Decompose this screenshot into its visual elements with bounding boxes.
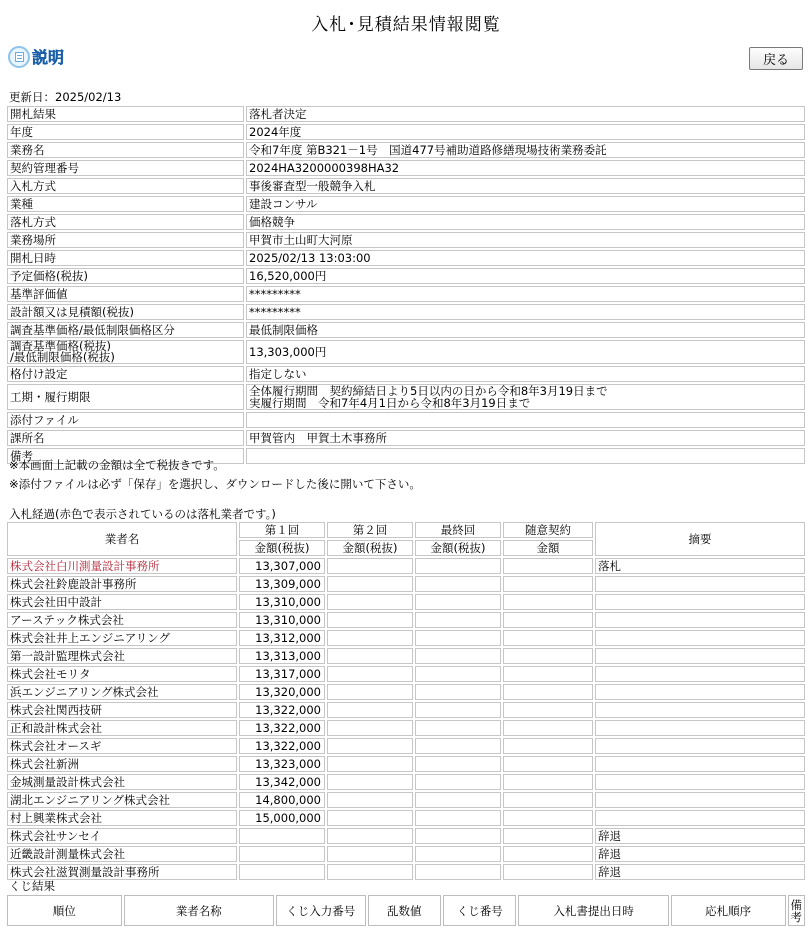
final-amount (415, 720, 501, 736)
info-value: 価格競争 (246, 214, 805, 230)
remarks-cell (595, 576, 805, 592)
company-name: 近畿設計測量株式会社 (7, 846, 237, 862)
info-label-text: 業務場所 (10, 233, 241, 247)
company-name: 株式会社新洲 (7, 756, 237, 772)
negotiated-amount (503, 702, 593, 718)
negotiated-amount (503, 756, 593, 772)
round2-amount (327, 792, 413, 808)
final-amount (415, 684, 501, 700)
info-row: 基準評価値********* (7, 286, 805, 302)
remarks-cell (595, 738, 805, 754)
header-bid-order: 応札順序 (671, 895, 786, 926)
header-company: 業者名 (7, 522, 237, 556)
table-row: 株式会社新洲13,323,000 (7, 756, 805, 772)
round1-amount: 13,313,000 (239, 648, 325, 664)
info-label-text: 添付ファイル (10, 413, 241, 427)
info-label-text: 業種 (10, 197, 241, 211)
negotiated-amount (503, 738, 593, 754)
final-amount (415, 828, 501, 844)
header-final: 最終回 (415, 522, 501, 538)
info-value-text: 価格競争 (249, 215, 802, 229)
company-name: 株式会社井上エンジニアリング (7, 630, 237, 646)
final-amount (415, 594, 501, 610)
final-amount (415, 576, 501, 592)
info-value-text: 2025/02/13 13:03:00 (249, 251, 802, 265)
info-value-text: ********* (249, 305, 802, 319)
company-name: 株式会社鈴鹿設計事務所 (7, 576, 237, 592)
info-value: 2024年度 (246, 124, 805, 140)
round2-amount (327, 846, 413, 862)
info-row: 年度2024年度 (7, 124, 805, 140)
round2-amount (327, 738, 413, 754)
info-label: 開札結果 (7, 106, 244, 122)
info-label: 業務名 (7, 142, 244, 158)
info-label: 開札日時 (7, 250, 244, 266)
info-label-text: 予定価格(税抜) (10, 269, 241, 283)
negotiated-amount (503, 792, 593, 808)
info-value: 甲賀管内 甲賀土木事務所 (246, 430, 805, 446)
header-final-amount: 金額(税抜) (415, 540, 501, 556)
company-name: アーステック株式会社 (7, 612, 237, 628)
info-row: 契約管理番号2024HA3200000398HA32 (7, 160, 805, 176)
round2-amount (327, 648, 413, 664)
header-lottery-number: くじ番号 (443, 895, 516, 926)
info-value: 甲賀市土山町大河原 (246, 232, 805, 248)
remarks-cell (595, 666, 805, 682)
round2-amount (327, 774, 413, 790)
info-label-text: 工期・履行期限 (10, 390, 241, 404)
header-remarks: 摘要 (595, 522, 805, 556)
round1-amount: 13,307,000 (239, 558, 325, 574)
updated-date: 更新日：2025/02/13 (9, 89, 121, 105)
remarks-cell (595, 630, 805, 646)
info-label: 調査基準価格/最低制限価格区分 (7, 322, 244, 338)
final-amount (415, 846, 501, 862)
info-row: 業務場所甲賀市土山町大河原 (7, 232, 805, 248)
info-label: 添付ファイル (7, 412, 244, 428)
info-label: 設計額又は見積額(税抜) (7, 304, 244, 320)
info-value: ********* (246, 304, 805, 320)
info-label-text: 入札方式 (10, 179, 241, 193)
info-value-text: 令和7年度 第B321－1号 国道477号補助道路修繕現場技術業務委託 (249, 143, 802, 157)
info-row: 工期・履行期限全体履行期間 契約締結日より5日以内の日から令和8年3月19日まで… (7, 384, 805, 410)
page-title: 入札･見積結果情報閲覧 (0, 10, 812, 35)
document-icon (8, 46, 30, 68)
final-amount (415, 612, 501, 628)
info-label-text: 契約管理番号 (10, 161, 241, 175)
round1-amount: 15,000,000 (239, 810, 325, 826)
remarks-cell (595, 792, 805, 808)
info-value: 全体履行期間 契約締結日より5日以内の日から令和8年3月19日まで実履行期間 令… (246, 384, 805, 410)
info-value-text-2: 実履行期間 令和7年4月1日から令和8年3月19日まで (249, 397, 802, 409)
info-value-text: 建設コンサル (249, 197, 802, 211)
table-row: 株式会社モリタ13,317,000 (7, 666, 805, 682)
company-name: 金城測量設計株式会社 (7, 774, 237, 790)
info-value: 13,303,000円 (246, 340, 805, 364)
help-label: 説明 (32, 45, 64, 68)
header-rank: 順位 (7, 895, 122, 926)
header-round1-amount: 金額(税抜) (239, 540, 325, 556)
round2-amount (327, 720, 413, 736)
remarks-cell (595, 720, 805, 736)
company-name: 湖北エンジニアリング株式会社 (7, 792, 237, 808)
negotiated-amount (503, 612, 593, 628)
header-random-value: 乱数値 (368, 895, 441, 926)
table-row: 株式会社井上エンジニアリング13,312,000 (7, 630, 805, 646)
info-label: 格付け設定 (7, 366, 244, 382)
table-row: 第一設計監理株式会社13,313,000 (7, 648, 805, 664)
remarks-cell (595, 594, 805, 610)
info-value: 16,520,000円 (246, 268, 805, 284)
info-label-text: 格付け設定 (10, 367, 241, 381)
info-row: 課所名甲賀管内 甲賀土木事務所 (7, 430, 805, 446)
remarks-cell (595, 774, 805, 790)
info-table: 開札結果落札者決定年度2024年度業務名令和7年度 第B321－1号 国道477… (5, 104, 807, 466)
company-name: 村上興業株式会社 (7, 810, 237, 826)
round1-amount: 13,310,000 (239, 594, 325, 610)
info-value: 2024HA3200000398HA32 (246, 160, 805, 176)
negotiated-amount (503, 576, 593, 592)
round1-amount: 13,323,000 (239, 756, 325, 772)
header-lottery-input-number: くじ入力番号 (276, 895, 366, 926)
info-label-text: 年度 (10, 125, 241, 139)
back-button[interactable]: 戻る (749, 47, 803, 70)
info-value-text: 甲賀管内 甲賀土木事務所 (249, 431, 802, 445)
info-label: 課所名 (7, 430, 244, 446)
info-label: 調査基準価格(税抜)/最低制限価格(税抜) (7, 340, 244, 364)
table-row: アーステック株式会社13,310,000 (7, 612, 805, 628)
info-value-text: ********* (249, 287, 802, 301)
company-name: 株式会社関西技研 (7, 702, 237, 718)
negotiated-amount (503, 774, 593, 790)
header-round2-amount: 金額(税抜) (327, 540, 413, 556)
table-row: 村上興業株式会社15,000,000 (7, 810, 805, 826)
info-label-text: 開札結果 (10, 107, 241, 121)
info-row: 予定価格(税抜)16,520,000円 (7, 268, 805, 284)
info-label: 落札方式 (7, 214, 244, 230)
round2-amount (327, 612, 413, 628)
negotiated-amount (503, 648, 593, 664)
info-row: 開札結果落札者決定 (7, 106, 805, 122)
round2-amount (327, 594, 413, 610)
table-row: 株式会社関西技研13,322,000 (7, 702, 805, 718)
final-amount (415, 558, 501, 574)
header-submission-datetime: 入札書提出日時 (518, 895, 668, 926)
company-name: 株式会社オースギ (7, 738, 237, 754)
table-row: 湖北エンジニアリング株式会社14,800,000 (7, 792, 805, 808)
info-value: ********* (246, 286, 805, 302)
round2-amount (327, 666, 413, 682)
negotiated-amount (503, 558, 593, 574)
header-negotiated: 随意契約 (503, 522, 593, 538)
info-value-text: 指定しない (249, 367, 802, 381)
bid-table: 業者名 第１回 第２回 最終回 随意契約 摘要 金額(税抜) 金額(税抜) 金額… (5, 520, 807, 882)
negotiated-amount (503, 666, 593, 682)
header-round2: 第２回 (327, 522, 413, 538)
info-value: 指定しない (246, 366, 805, 382)
info-label-text-2: /最低制限価格(税抜) (10, 352, 241, 363)
info-value: 事後審査型一般競争入札 (246, 178, 805, 194)
final-amount (415, 648, 501, 664)
info-value-text: 16,520,000円 (249, 269, 802, 283)
round2-amount (327, 576, 413, 592)
company-name: 株式会社白川測量設計事務所 (7, 558, 237, 574)
lottery-table: 順位業者名称くじ入力番号乱数値くじ番号入札書提出日時応札順序備考 (5, 893, 807, 928)
info-label: 予定価格(税抜) (7, 268, 244, 284)
negotiated-amount (503, 846, 593, 862)
final-amount (415, 792, 501, 808)
remarks-cell (595, 756, 805, 772)
info-label-text: 業務名 (10, 143, 241, 157)
remarks-cell (595, 612, 805, 628)
info-row: 入札方式事後審査型一般競争入札 (7, 178, 805, 194)
info-row: 調査基準価格/最低制限価格区分最低制限価格 (7, 322, 805, 338)
info-label: 業務場所 (7, 232, 244, 248)
info-value-text: 最低制限価格 (249, 323, 802, 337)
info-value (246, 412, 805, 428)
round1-amount: 13,312,000 (239, 630, 325, 646)
table-row-winner: 株式会社白川測量設計事務所13,307,000落札 (7, 558, 805, 574)
round1-amount: 13,322,000 (239, 738, 325, 754)
info-label: 基準評価値 (7, 286, 244, 302)
info-label-text: 落札方式 (10, 215, 241, 229)
info-row: 調査基準価格(税抜)/最低制限価格(税抜)13,303,000円 (7, 340, 805, 364)
round1-amount: 13,317,000 (239, 666, 325, 682)
final-amount (415, 702, 501, 718)
round1-amount: 13,320,000 (239, 684, 325, 700)
info-value: 落札者決定 (246, 106, 805, 122)
header-company-name: 業者名称 (124, 895, 274, 926)
company-name: 浜エンジニアリング株式会社 (7, 684, 237, 700)
negotiated-amount (503, 594, 593, 610)
remarks-cell: 落札 (595, 558, 805, 574)
info-label-text: 調査基準価格/最低制限価格区分 (10, 323, 241, 337)
info-label: 年度 (7, 124, 244, 140)
info-row: 設計額又は見積額(税抜)********* (7, 304, 805, 320)
table-row: 近畿設計測量株式会社辞退 (7, 846, 805, 862)
negotiated-amount (503, 828, 593, 844)
round2-amount (327, 684, 413, 700)
round2-amount (327, 864, 413, 880)
info-value-text: 事後審査型一般競争入札 (249, 179, 802, 193)
round2-amount (327, 702, 413, 718)
info-label: 契約管理番号 (7, 160, 244, 176)
round1-amount: 13,322,000 (239, 720, 325, 736)
remarks-cell: 辞退 (595, 828, 805, 844)
negotiated-amount (503, 684, 593, 700)
info-value-text: 13,303,000円 (249, 345, 802, 359)
table-row: 株式会社田中設計13,310,000 (7, 594, 805, 610)
remarks-cell (595, 702, 805, 718)
company-name: 株式会社サンセイ (7, 828, 237, 844)
help-link[interactable]: 説明 (8, 45, 64, 68)
round2-amount (327, 810, 413, 826)
remarks-cell (595, 648, 805, 664)
round1-amount: 13,342,000 (239, 774, 325, 790)
lottery-section-label: くじ結果 (9, 878, 55, 894)
info-row: 業種建設コンサル (7, 196, 805, 212)
negotiated-amount (503, 810, 593, 826)
info-value: 建設コンサル (246, 196, 805, 212)
info-row: 開札日時2025/02/13 13:03:00 (7, 250, 805, 266)
company-name: 正和設計株式会社 (7, 720, 237, 736)
final-amount (415, 738, 501, 754)
negotiated-amount (503, 630, 593, 646)
info-value-text: 甲賀市土山町大河原 (249, 233, 802, 247)
info-row: 落札方式価格競争 (7, 214, 805, 230)
info-value: 最低制限価格 (246, 322, 805, 338)
header-remarks: 備考 (788, 895, 806, 926)
info-label-text: 設計額又は見積額(税抜) (10, 305, 241, 319)
round1-amount: 14,800,000 (239, 792, 325, 808)
table-row: 株式会社オースギ13,322,000 (7, 738, 805, 754)
info-row: 添付ファイル (7, 412, 805, 428)
company-name: 第一設計監理株式会社 (7, 648, 237, 664)
round1-amount (239, 828, 325, 844)
info-value (246, 448, 805, 464)
info-label-text: 課所名 (10, 431, 241, 445)
info-row: 格付け設定指定しない (7, 366, 805, 382)
tax-note: ※本画面上記載の金額は全て税抜きです。 (9, 457, 225, 473)
final-amount (415, 864, 501, 880)
round1-amount (239, 864, 325, 880)
table-row: 金城測量設計株式会社13,342,000 (7, 774, 805, 790)
round1-amount: 13,322,000 (239, 702, 325, 718)
final-amount (415, 756, 501, 772)
info-label-text: 基準評価値 (10, 287, 241, 301)
info-label: 業種 (7, 196, 244, 212)
company-name: 株式会社モリタ (7, 666, 237, 682)
attachment-note: ※添付ファイルは必ず「保存」を選択し、ダウンロードした後に開いて下さい。 (9, 476, 421, 492)
round2-amount (327, 630, 413, 646)
header-round1: 第１回 (239, 522, 325, 538)
final-amount (415, 630, 501, 646)
info-row: 業務名令和7年度 第B321－1号 国道477号補助道路修繕現場技術業務委託 (7, 142, 805, 158)
round2-amount (327, 828, 413, 844)
final-amount (415, 810, 501, 826)
final-amount (415, 774, 501, 790)
round1-amount: 13,310,000 (239, 612, 325, 628)
table-row: 株式会社鈴鹿設計事務所13,309,000 (7, 576, 805, 592)
remarks-cell (595, 810, 805, 826)
info-label-text: 開札日時 (10, 251, 241, 265)
table-row: 株式会社滋賀測量設計事務所辞退 (7, 864, 805, 880)
table-row: 株式会社サンセイ辞退 (7, 828, 805, 844)
round1-amount: 13,309,000 (239, 576, 325, 592)
info-value-text: 落札者決定 (249, 107, 802, 121)
info-value: 2025/02/13 13:03:00 (246, 250, 805, 266)
negotiated-amount (503, 864, 593, 880)
remarks-cell (595, 684, 805, 700)
info-value: 令和7年度 第B321－1号 国道477号補助道路修繕現場技術業務委託 (246, 142, 805, 158)
round2-amount (327, 756, 413, 772)
round1-amount (239, 846, 325, 862)
table-row: 浜エンジニアリング株式会社13,320,000 (7, 684, 805, 700)
negotiated-amount (503, 720, 593, 736)
remarks-cell: 辞退 (595, 864, 805, 880)
info-label: 工期・履行期限 (7, 384, 244, 410)
table-row: 正和設計株式会社13,322,000 (7, 720, 805, 736)
remarks-cell: 辞退 (595, 846, 805, 862)
header-negotiated-amount: 金額 (503, 540, 593, 556)
info-value-text: 2024年度 (249, 125, 802, 139)
company-name: 株式会社田中設計 (7, 594, 237, 610)
info-value-text: 2024HA3200000398HA32 (249, 161, 802, 175)
round2-amount (327, 558, 413, 574)
final-amount (415, 666, 501, 682)
info-label: 入札方式 (7, 178, 244, 194)
